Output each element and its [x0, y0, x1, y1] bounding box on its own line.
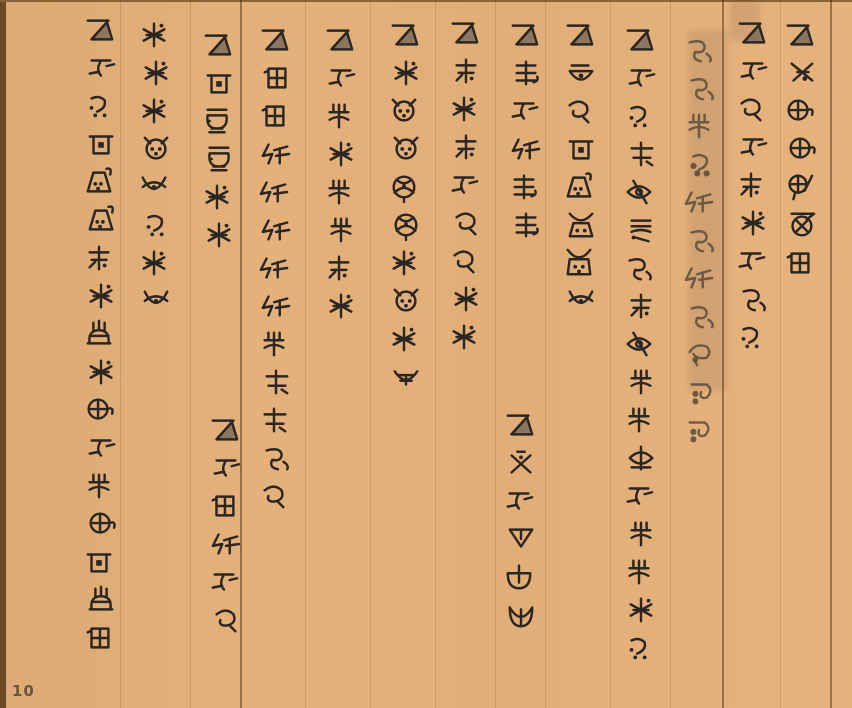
hook-glyph: [84, 433, 118, 463]
loop-glyph: [209, 605, 243, 635]
fork-glyph: [624, 519, 658, 549]
star-glyph: [389, 58, 423, 88]
circle-cross-glyph: [84, 509, 118, 539]
basket-glyph: [562, 172, 596, 202]
box-glyph: [202, 68, 236, 98]
curl-glyph: [682, 35, 716, 65]
curl-glyph: [684, 301, 718, 331]
loop-glyph: [562, 96, 596, 126]
star-glyph: [324, 291, 358, 321]
fork-glyph: [324, 215, 358, 245]
crown-glyph: [82, 319, 116, 349]
circle-flower-glyph: [389, 210, 423, 240]
crown-glyph: [84, 585, 118, 615]
grid-glyph: [82, 623, 116, 653]
branch-glyph: [322, 253, 356, 283]
ladder-glyph: [509, 58, 543, 88]
fork-glyph: [622, 405, 656, 435]
hook-glyph: [507, 96, 541, 126]
ladder-glyph: [507, 172, 541, 202]
star-glyph: [84, 357, 118, 387]
zigzag-glyph: [209, 529, 243, 559]
star-glyph: [447, 94, 481, 124]
triangle-glyph: [622, 25, 656, 55]
pot-glyph: [200, 106, 234, 136]
hook-glyph: [624, 63, 658, 93]
triangle-glyph: [502, 410, 536, 440]
circle-dots-glyph: [387, 96, 421, 126]
branch-glyph: [82, 243, 116, 273]
circle-dots-glyph: [389, 134, 423, 164]
star-glyph: [447, 322, 481, 352]
lines-glyph: [624, 215, 658, 245]
circle-flower-glyph: [387, 172, 421, 202]
hook-glyph: [447, 170, 481, 200]
loop-glyph: [447, 246, 481, 276]
triangle-glyph: [562, 20, 596, 50]
star-glyph: [137, 96, 171, 126]
ladder-glyph: [509, 210, 543, 240]
eye-glyph: [622, 177, 656, 207]
hook-glyph: [84, 53, 118, 83]
crescent-glyph: [564, 286, 598, 316]
curl-glyph: [684, 225, 718, 255]
star-glyph: [202, 220, 236, 250]
basket-glyph: [82, 167, 116, 197]
curl-glyph: [259, 443, 293, 473]
star-glyph: [387, 248, 421, 278]
eye-cross-glyph: [624, 443, 658, 473]
triangle-glyph: [82, 15, 116, 45]
basket-horn-glyph: [564, 210, 598, 240]
star-glyph: [624, 595, 658, 625]
column-rule: [240, 0, 242, 708]
hook-glyph: [734, 246, 768, 276]
crescent-grid-glyph: [389, 362, 423, 392]
eye-glyph: [622, 329, 656, 359]
hook-glyph: [502, 486, 536, 516]
star-glyph: [137, 248, 171, 278]
basket-glyph: [84, 205, 118, 235]
triangle-glyph: [387, 20, 421, 50]
hook-glyph: [324, 63, 358, 93]
dots-glyph: [82, 91, 116, 121]
hook-glyph: [736, 132, 770, 162]
circle-cross-glyph: [784, 134, 818, 164]
hook-glyph: [622, 481, 656, 511]
pot-glyph: [202, 144, 236, 174]
grid-glyph: [207, 491, 241, 521]
fork-glyph: [622, 557, 656, 587]
zigzag-glyph: [509, 134, 543, 164]
circle-x-glyph: [784, 210, 818, 240]
triangle-glyph: [322, 25, 356, 55]
crescent-glyph: [137, 172, 171, 202]
zigzag-glyph: [259, 215, 293, 245]
dots-glyph: [684, 149, 718, 179]
page-left-edge: [0, 0, 6, 708]
fork-glyph: [322, 101, 356, 131]
loop-glyph: [734, 94, 768, 124]
grid-glyph: [257, 101, 291, 131]
cross-glyph: [624, 139, 658, 169]
column-rule: [120, 0, 121, 708]
circle-cross-glyph: [782, 96, 816, 126]
triangle-glyph: [207, 415, 241, 445]
x-mark-glyph: [504, 448, 538, 478]
fork-glyph: [682, 111, 716, 141]
crescent-cross-glyph: [504, 600, 538, 630]
hook-glyph: [736, 56, 770, 86]
curl-glyph: [736, 284, 770, 314]
half-circle-cross-glyph: [502, 562, 536, 592]
cross-glyph: [257, 405, 291, 435]
circle-dots-glyph: [389, 286, 423, 316]
column-rule: [545, 0, 546, 708]
star-glyph: [84, 281, 118, 311]
page-number: 10: [12, 682, 35, 700]
zigzag-glyph: [259, 139, 293, 169]
column-rule: [830, 0, 832, 708]
loop-glyph: [257, 481, 291, 511]
page-top-edge: [0, 0, 852, 2]
triangle-glyph: [257, 25, 291, 55]
grid-glyph: [259, 63, 293, 93]
star-glyph: [137, 20, 171, 50]
half-circle-glyph: [564, 58, 598, 88]
circle-dots-glyph: [139, 134, 173, 164]
box-glyph: [82, 547, 116, 577]
loop-glyph: [449, 208, 483, 238]
fork-glyph: [257, 329, 291, 359]
zigzag-glyph: [259, 291, 293, 321]
zigzag-glyph: [682, 263, 716, 293]
manuscript-page: 10: [0, 0, 852, 708]
curl-glyph: [622, 253, 656, 283]
crescent-basket-glyph: [562, 248, 596, 278]
fork-glyph: [322, 177, 356, 207]
star-glyph: [387, 324, 421, 354]
dots-glyph: [139, 210, 173, 240]
crescent-glyph: [139, 286, 173, 316]
dots-glyph: [734, 322, 768, 352]
zigzag-glyph: [682, 187, 716, 217]
branch-glyph: [449, 56, 483, 86]
triangle-glyph: [200, 30, 234, 60]
zigzag-glyph: [257, 253, 291, 283]
column-rule: [670, 0, 671, 708]
star-glyph: [139, 58, 173, 88]
fork-glyph: [624, 367, 658, 397]
hook-glyph: [207, 567, 241, 597]
hook-glyph: [209, 453, 243, 483]
column-rule: [610, 0, 611, 708]
triangle-glyph: [734, 18, 768, 48]
box-glyph: [84, 129, 118, 159]
branch-glyph: [449, 132, 483, 162]
column-rule: [435, 0, 436, 708]
triangle-glyph: [782, 20, 816, 50]
circle-cross-tail-glyph: [782, 172, 816, 202]
star-glyph: [736, 208, 770, 238]
column-rule: [780, 0, 781, 708]
triangle-down-glyph: [504, 524, 538, 554]
grid-glyph: [782, 248, 816, 278]
box-glyph: [564, 134, 598, 164]
column-rule: [370, 0, 371, 708]
circle-hook-glyph: [682, 339, 716, 369]
cross-glyph: [259, 367, 293, 397]
column-rule: [190, 0, 191, 708]
star-glyph: [200, 182, 234, 212]
branch-glyph: [734, 170, 768, 200]
loop-dots-glyph: [682, 415, 716, 445]
fork-glyph: [82, 471, 116, 501]
column-rule: [495, 0, 496, 708]
column-rule: [305, 0, 306, 708]
loop-dots-glyph: [684, 377, 718, 407]
circle-cross-glyph: [82, 395, 116, 425]
star-glyph: [449, 284, 483, 314]
curl-glyph: [684, 73, 718, 103]
triangle-glyph: [507, 20, 541, 50]
cross-hatch-glyph: [784, 58, 818, 88]
dots-glyph: [622, 101, 656, 131]
star-glyph: [324, 139, 358, 169]
branch-glyph: [624, 291, 658, 321]
zigzag-glyph: [257, 177, 291, 207]
triangle-glyph: [447, 18, 481, 48]
dots-glyph: [622, 633, 656, 663]
